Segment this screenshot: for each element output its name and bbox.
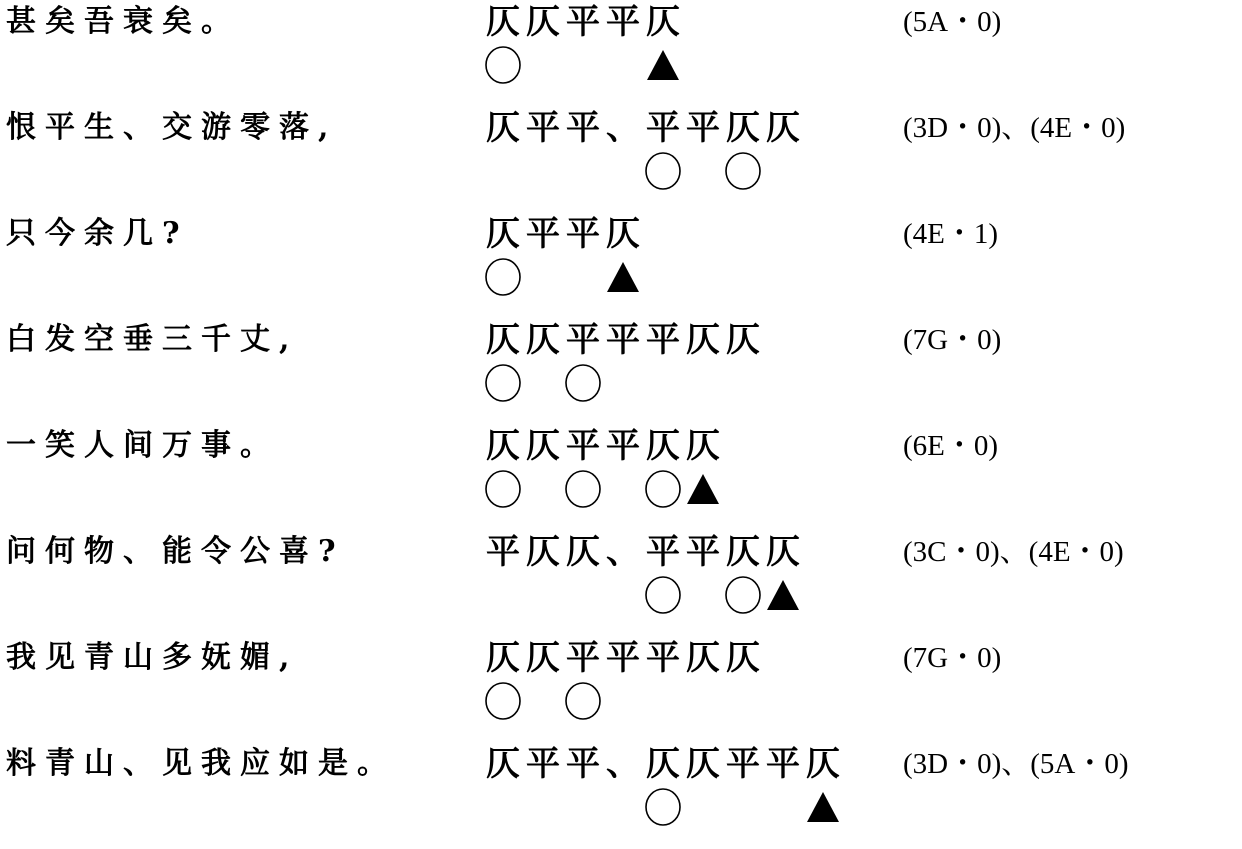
pattern-code: (4E・1) (903, 216, 998, 252)
tone-slot: 仄 (483, 640, 523, 724)
tone-slot: 仄 (483, 322, 523, 406)
tone-char: 、 (603, 746, 643, 782)
tone-char: 、 (603, 110, 643, 146)
tone-slot: 仄 (683, 428, 723, 512)
tone-char: 仄 (723, 534, 763, 570)
verse-row: 我见青山多妩媚,仄仄平平平仄仄(7G・0) (0, 636, 1242, 736)
tone-slot: 仄 (683, 640, 723, 724)
empty-mark (524, 258, 562, 296)
empty-mark (684, 576, 722, 614)
tone-char: 仄 (483, 640, 523, 676)
empty-mark (524, 470, 562, 508)
verse-line-text: 料青山、见我应如是。 (6, 746, 396, 782)
tone-slot: 仄 (603, 216, 643, 300)
empty-mark (684, 364, 722, 402)
empty-mark (524, 364, 562, 402)
empty-mark (484, 576, 522, 614)
tone-char: 仄 (523, 428, 563, 464)
empty-mark (604, 788, 642, 826)
tone-slot: 仄 (723, 640, 763, 724)
tone-slot: 仄 (523, 428, 563, 512)
empty-mark (524, 46, 562, 84)
tone-slot: 仄 (563, 534, 603, 618)
tone-slot: 平 (643, 110, 683, 194)
empty-mark (484, 152, 522, 190)
tone-char: 仄 (523, 322, 563, 358)
tone-slot: 平 (763, 746, 803, 830)
circle-mark-icon (564, 682, 602, 720)
verse-row: 白发空垂三千丈,仄仄平平平仄仄(7G・0) (0, 318, 1242, 418)
tone-char: 平 (523, 110, 563, 146)
verse-row: 料青山、见我应如是。仄平平、仄仄平平仄(3D・0)、(5A・0) (0, 742, 1242, 842)
tone-slot: 、 (603, 110, 643, 194)
empty-mark (724, 788, 762, 826)
tone-slot: 平 (563, 4, 603, 88)
tone-slot: 、 (603, 534, 643, 618)
tone-char: 平 (683, 110, 723, 146)
tone-slot: 平 (523, 216, 563, 300)
tone-char: 仄 (723, 640, 763, 676)
verse-line-text: 我见青山多妩媚, (6, 640, 298, 676)
pattern-code: (3D・0)、(4E・0) (903, 110, 1125, 146)
tone-char: 仄 (763, 110, 803, 146)
tone-slot: 仄 (483, 216, 523, 300)
tone-char: 仄 (483, 4, 523, 40)
tone-pattern: 仄仄平平仄 (483, 4, 683, 88)
tone-char: 平 (563, 746, 603, 782)
tone-pattern: 仄平平、仄仄平平仄 (483, 746, 843, 830)
tone-slot: 仄 (723, 110, 763, 194)
empty-mark (684, 788, 722, 826)
triangle-mark-icon (604, 258, 642, 296)
tone-slot: 平 (483, 534, 523, 618)
tone-char: 平 (603, 428, 643, 464)
tone-char: 仄 (523, 640, 563, 676)
tone-char: 仄 (483, 746, 523, 782)
circle-mark-icon (564, 470, 602, 508)
tone-slot: 平 (723, 746, 763, 830)
tone-slot: 仄 (483, 110, 523, 194)
triangle-mark-icon (684, 470, 722, 508)
circle-mark-icon (644, 152, 682, 190)
circle-mark-icon (644, 576, 682, 614)
tone-char: 平 (563, 4, 603, 40)
circle-mark-icon (484, 470, 522, 508)
tone-slot: 平 (683, 110, 723, 194)
tone-slot: 平 (563, 746, 603, 830)
tone-char: 平 (763, 746, 803, 782)
tone-slot: 仄 (763, 534, 803, 618)
circle-mark-icon (644, 788, 682, 826)
triangle-mark-icon (644, 46, 682, 84)
triangle-mark-icon (764, 576, 802, 614)
tone-char: 仄 (563, 534, 603, 570)
tone-slot: 仄 (683, 746, 723, 830)
tone-slot: 仄 (523, 322, 563, 406)
tone-pattern: 仄仄平平平仄仄 (483, 640, 763, 724)
empty-mark (684, 682, 722, 720)
verse-row: 问何物、能令公喜?平仄仄、平平仄仄(3C・0)、(4E・0) (0, 530, 1242, 630)
tone-slot: 仄 (723, 534, 763, 618)
verse-line-text: 问何物、能令公喜? (6, 534, 345, 570)
tone-slot: 仄 (483, 746, 523, 830)
tone-char: 、 (603, 534, 643, 570)
tone-char: 平 (563, 216, 603, 252)
verse-row: 甚矣吾衰矣。仄仄平平仄(5A・0) (0, 0, 1242, 100)
tone-char: 平 (643, 110, 683, 146)
empty-mark (644, 364, 682, 402)
tone-char: 仄 (523, 4, 563, 40)
circle-mark-icon (724, 576, 762, 614)
tone-slot: 平 (523, 110, 563, 194)
circle-mark-icon (724, 152, 762, 190)
verse-line-text: 甚矣吾衰矣。 (6, 4, 240, 40)
tone-char: 平 (603, 4, 643, 40)
empty-mark (524, 788, 562, 826)
tone-slot: 仄 (643, 4, 683, 88)
tone-char: 平 (563, 322, 603, 358)
verse-line-text: 只今余几? (6, 216, 189, 252)
tone-slot: 仄 (763, 110, 803, 194)
tone-slot: 平 (643, 640, 683, 724)
tone-char: 平 (523, 746, 563, 782)
tone-slot: 平 (683, 534, 723, 618)
verse-row: 恨平生、交游零落,仄平平、平平仄仄(3D・0)、(4E・0) (0, 106, 1242, 206)
pattern-code: (3D・0)、(5A・0) (903, 746, 1129, 782)
triangle-mark-icon (804, 788, 842, 826)
tone-char: 仄 (723, 110, 763, 146)
tone-slot: 平 (603, 322, 643, 406)
tone-slot: 平 (563, 428, 603, 512)
empty-mark (604, 576, 642, 614)
tone-char: 仄 (763, 534, 803, 570)
tone-char: 仄 (643, 4, 683, 40)
empty-mark (684, 152, 722, 190)
pattern-code: (6E・0) (903, 428, 998, 464)
circle-mark-icon (484, 258, 522, 296)
empty-mark (764, 788, 802, 826)
tone-slot: 仄 (523, 4, 563, 88)
tone-char: 仄 (483, 428, 523, 464)
tone-char: 仄 (803, 746, 843, 782)
verse-line-text: 一笑人间万事。 (6, 428, 279, 464)
empty-mark (644, 682, 682, 720)
tone-char: 平 (723, 746, 763, 782)
tone-char: 仄 (483, 216, 523, 252)
tone-pattern: 仄仄平平平仄仄 (483, 322, 763, 406)
tone-slot: 平 (603, 428, 643, 512)
tone-slot: 仄 (643, 746, 683, 830)
verse-line-text: 白发空垂三千丈, (6, 322, 298, 358)
tone-char: 仄 (523, 534, 563, 570)
empty-mark (724, 682, 762, 720)
empty-mark (604, 152, 642, 190)
empty-mark (564, 152, 602, 190)
empty-mark (604, 682, 642, 720)
tone-slot: 仄 (683, 322, 723, 406)
empty-mark (564, 576, 602, 614)
tone-char: 仄 (643, 428, 683, 464)
pattern-code: (7G・0) (903, 322, 1001, 358)
tone-char: 平 (683, 534, 723, 570)
empty-mark (764, 152, 802, 190)
tone-char: 仄 (603, 216, 643, 252)
empty-mark (524, 152, 562, 190)
tone-slot: 平 (563, 110, 603, 194)
tone-char: 平 (483, 534, 523, 570)
circle-mark-icon (564, 364, 602, 402)
tone-slot: 、 (603, 746, 643, 830)
tone-char: 平 (563, 110, 603, 146)
empty-mark (604, 470, 642, 508)
tone-pattern: 仄平平仄 (483, 216, 643, 300)
empty-mark (724, 364, 762, 402)
pattern-code: (7G・0) (903, 640, 1001, 676)
circle-mark-icon (484, 46, 522, 84)
tone-char: 平 (643, 534, 683, 570)
tone-slot: 仄 (803, 746, 843, 830)
tone-slot: 仄 (523, 640, 563, 724)
tone-slot: 平 (603, 4, 643, 88)
tone-slot: 平 (523, 746, 563, 830)
tone-pattern: 仄平平、平平仄仄 (483, 110, 803, 194)
tone-pattern: 仄仄平平仄仄 (483, 428, 723, 512)
empty-mark (604, 364, 642, 402)
tone-char: 仄 (683, 322, 723, 358)
circle-mark-icon (484, 682, 522, 720)
empty-mark (524, 682, 562, 720)
tone-char: 仄 (683, 746, 723, 782)
empty-mark (524, 576, 562, 614)
tone-slot: 平 (643, 322, 683, 406)
verse-line-text: 恨平生、交游零落, (6, 110, 337, 146)
tone-char: 平 (603, 640, 643, 676)
empty-mark (564, 46, 602, 84)
empty-mark (604, 46, 642, 84)
tone-char: 仄 (643, 746, 683, 782)
empty-mark (484, 788, 522, 826)
tone-char: 仄 (723, 322, 763, 358)
tone-slot: 仄 (723, 322, 763, 406)
tone-slot: 平 (603, 640, 643, 724)
tone-slot: 平 (563, 216, 603, 300)
tone-slot: 仄 (483, 4, 523, 88)
tone-char: 平 (603, 322, 643, 358)
tone-char: 平 (643, 322, 683, 358)
tone-char: 平 (643, 640, 683, 676)
pattern-code: (5A・0) (903, 4, 1001, 40)
tone-char: 平 (563, 428, 603, 464)
empty-mark (564, 788, 602, 826)
empty-mark (564, 258, 602, 296)
circle-mark-icon (484, 364, 522, 402)
tone-slot: 平 (563, 640, 603, 724)
tone-slot: 仄 (483, 428, 523, 512)
circle-mark-icon (644, 470, 682, 508)
tone-slot: 仄 (523, 534, 563, 618)
tone-slot: 平 (643, 534, 683, 618)
tone-slot: 平 (563, 322, 603, 406)
pattern-code: (3C・0)、(4E・0) (903, 534, 1124, 570)
verse-row: 只今余几?仄平平仄(4E・1) (0, 212, 1242, 312)
tone-pattern: 平仄仄、平平仄仄 (483, 534, 803, 618)
tone-char: 仄 (483, 110, 523, 146)
tone-char: 仄 (683, 640, 723, 676)
tone-char: 平 (563, 640, 603, 676)
tone-char: 仄 (483, 322, 523, 358)
tone-char: 仄 (683, 428, 723, 464)
verse-row: 一笑人间万事。仄仄平平仄仄(6E・0) (0, 424, 1242, 524)
tone-slot: 仄 (643, 428, 683, 512)
tone-char: 平 (523, 216, 563, 252)
